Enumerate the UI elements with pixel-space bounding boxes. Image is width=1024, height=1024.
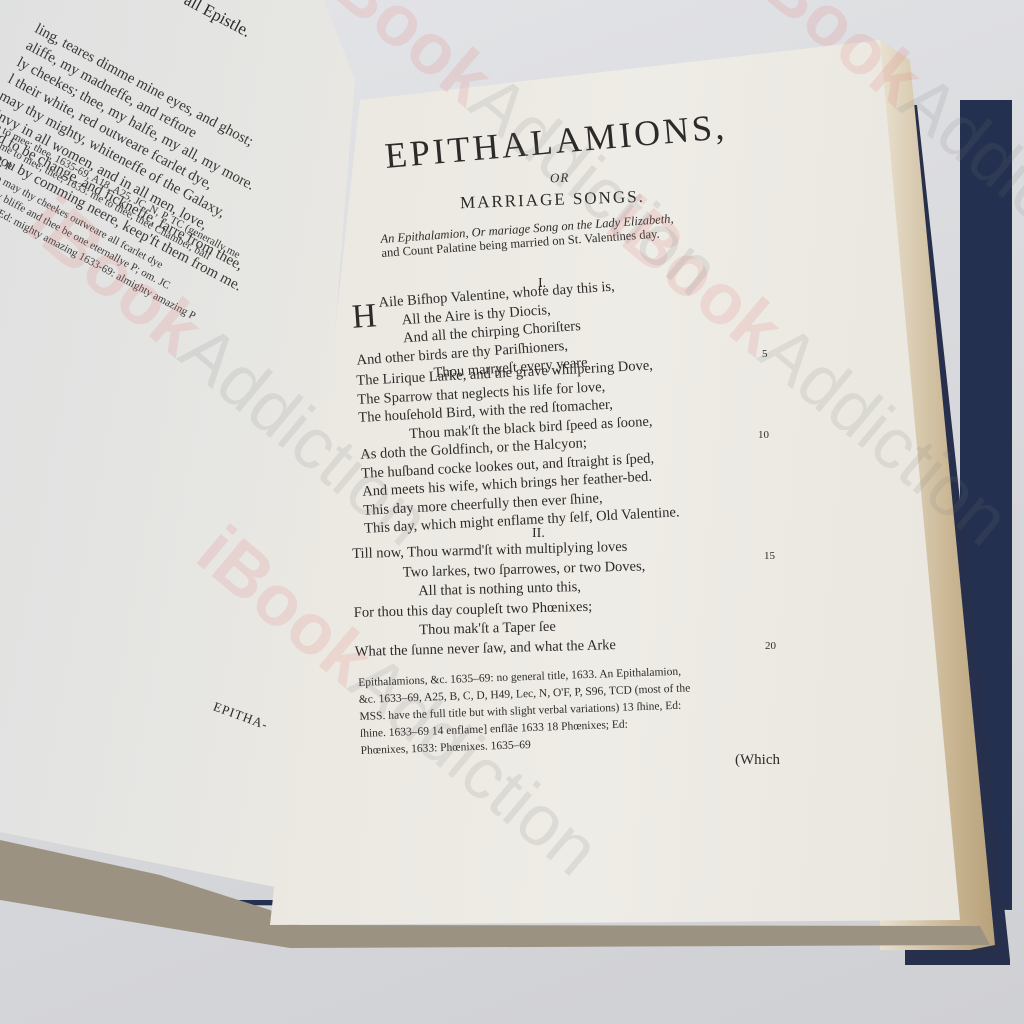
stanza-1-cont: The Lirique Larke, and the grave whiſper… [356, 355, 680, 538]
line-number: 5 [762, 348, 768, 360]
drop-cap: H [351, 297, 378, 337]
stanza-2: Till now, Thou warmd'ſt with multiplying… [352, 537, 648, 662]
catchword: (Which [735, 752, 780, 769]
textual-notes: Epithalamions, &c. 1635–69: no general t… [358, 660, 791, 760]
line-number: 10 [758, 429, 769, 441]
title-or: OR [550, 170, 570, 187]
line-number: 20 [765, 640, 776, 652]
line-number: 15 [764, 550, 775, 562]
